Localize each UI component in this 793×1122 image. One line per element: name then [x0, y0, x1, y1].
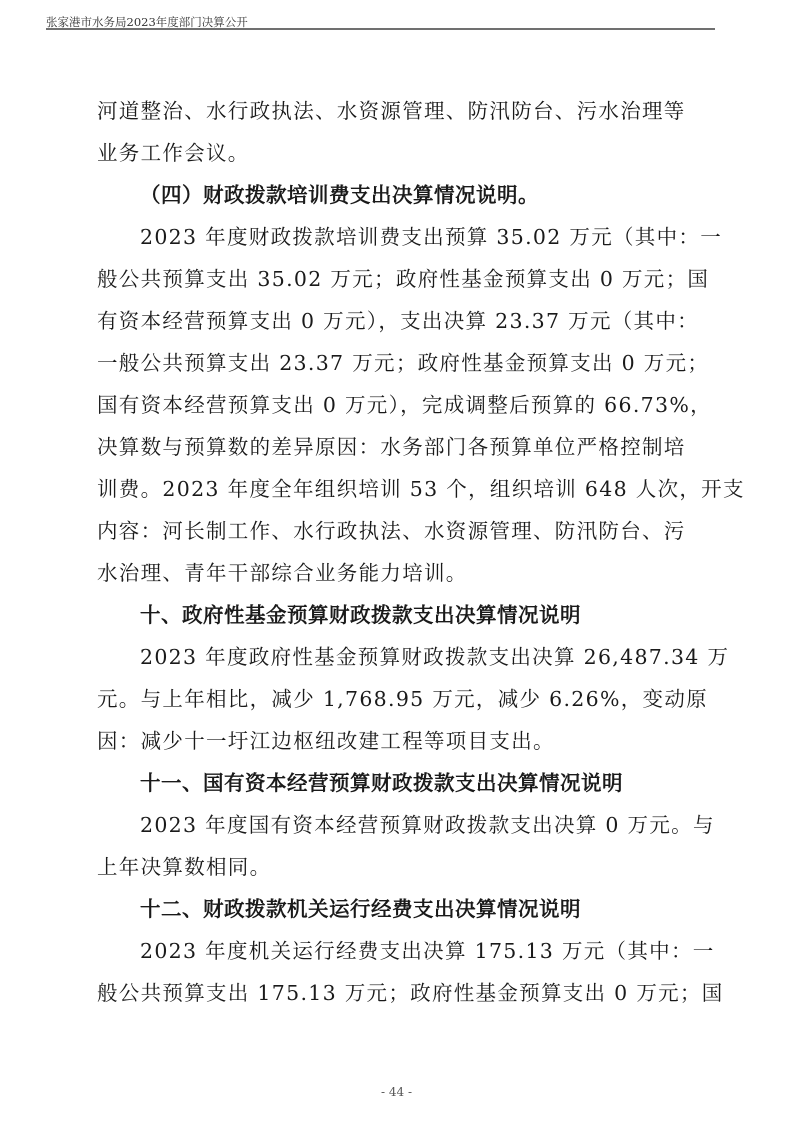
- text-line: 2023 年度财政拨款培训费支出预算 35.02 万元（其中：一: [97, 216, 697, 258]
- text-line: 因：减少十一圩江边枢纽改建工程等项目支出。: [97, 720, 697, 762]
- text-line: 有资本经营预算支出 0 万元），支出决算 23.37 万元（其中：: [97, 300, 697, 342]
- document-body: 河道整治、水行政执法、水资源管理、防汛防台、污水治理等 业务工作会议。 （四）财…: [97, 90, 697, 1014]
- text-line: 内容：河长制工作、水行政执法、水资源管理、防汛防台、污: [97, 510, 697, 552]
- text-line: 河道整治、水行政执法、水资源管理、防汛防台、污水治理等: [97, 90, 697, 132]
- text-line: 训费。2023 年度全年组织培训 53 个，组织培训 648 人次，开支: [97, 468, 697, 510]
- text-line: 水治理、青年干部综合业务能力培训。: [97, 552, 697, 594]
- text-line: 般公共预算支出 35.02 万元；政府性基金预算支出 0 万元；国: [97, 258, 697, 300]
- section-heading: 十、政府性基金预算财政拨款支出决算情况说明: [97, 594, 697, 636]
- text-line: 2023 年度机关运行经费支出决算 175.13 万元（其中：一: [97, 930, 697, 972]
- section-heading: 十一、国有资本经营预算财政拨款支出决算情况说明: [97, 762, 697, 804]
- section-heading: （四）财政拨款培训费支出决算情况说明。: [97, 174, 697, 216]
- text-line: 般公共预算支出 175.13 万元；政府性基金预算支出 0 万元；国: [97, 972, 697, 1014]
- text-line: 业务工作会议。: [97, 132, 697, 174]
- text-line: 决算数与预算数的差异原因：水务部门各预算单位严格控制培: [97, 426, 697, 468]
- section-heading: 十二、财政拨款机关运行经费支出决算情况说明: [97, 888, 697, 930]
- page-number: - 44 -: [0, 1085, 793, 1099]
- header-rule: [46, 28, 715, 30]
- text-line: 一般公共预算支出 23.37 万元；政府性基金预算支出 0 万元；: [97, 342, 697, 384]
- text-line: 2023 年度政府性基金预算财政拨款支出决算 26,487.34 万: [97, 636, 697, 678]
- text-line: 国有资本经营预算支出 0 万元），完成调整后预算的 66.73%，: [97, 384, 697, 426]
- text-line: 上年决算数相同。: [97, 846, 697, 888]
- text-line: 元。与上年相比，减少 1,768.95 万元，减少 6.26%，变动原: [97, 678, 697, 720]
- text-line: 2023 年度国有资本经营预算财政拨款支出决算 0 万元。与: [97, 804, 697, 846]
